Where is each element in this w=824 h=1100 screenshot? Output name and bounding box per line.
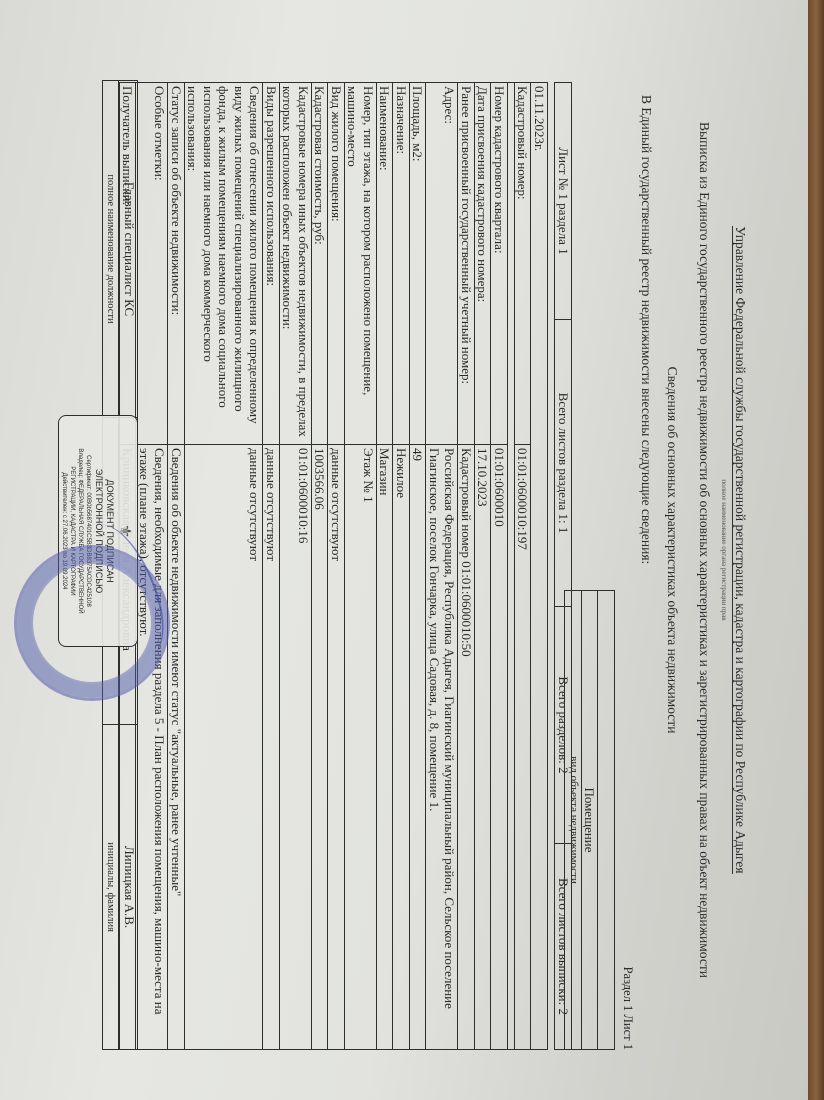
section-sheet-ref: Раздел 1 Лист 1 (620, 960, 635, 1050)
row-value: 01:01:0600010 (491, 445, 508, 1050)
cadastral-extract-document: Управление Федеральной службы государств… (0, 0, 810, 1100)
row-value: 17.10.2023 (475, 445, 492, 1050)
row-value: 01:01:0600010:16 (280, 445, 312, 1050)
document-title: Выписка из Единого государственного реес… (696, 0, 712, 1100)
row-label: Кадастровая стоимость, руб: (312, 83, 329, 445)
row-label: Номер кадастрового квартала: (491, 83, 508, 445)
row-label: Виды разрешенного использования: (263, 83, 280, 445)
row-label: Статус записи об объекте недвижимости: (168, 83, 185, 445)
row-label: Площадь, м2: (410, 83, 427, 445)
row-value: Сведения об объекте недвижимости имеют с… (168, 445, 185, 1050)
intro-text: В Единый государственный реестр недвижим… (638, 95, 654, 564)
row-value: Этаж № 1 (345, 445, 377, 1050)
table-row: Наименование:Магазин (377, 83, 394, 1050)
name-caption: инициалы, фамилия (103, 725, 120, 1050)
row-label: Назначение: (393, 83, 410, 445)
spacer-row (508, 83, 515, 1050)
row-value: Российская Федерация, Республика Адыгея,… (426, 445, 458, 1050)
row-value: данные отсутствуют (328, 445, 345, 1050)
sheet-number: Лист № 1 раздела 1 (555, 83, 572, 320)
table-row: Кадастровая стоимость, руб:1003566.06 (312, 83, 329, 1050)
sections-total: Всего разделов: 2 (555, 607, 572, 844)
wooden-edge (808, 0, 824, 1100)
sheets-info-table: Лист № 1 раздела 1 Всего листов раздела … (555, 82, 573, 1050)
sheets-in-section: Всего листов раздела 1: 1 (555, 320, 572, 607)
characteristics-rows: Номер кадастрового квартала:01:01:060001… (120, 83, 508, 1050)
row-label: Кадастровые номера иных объектов недвижи… (280, 83, 312, 445)
table-row: Виды разрешенного использования:данные о… (263, 83, 280, 1050)
row-value: данные отсутствуют (263, 445, 280, 1050)
document-subtitle: Сведения об основных характеристиках объ… (664, 0, 680, 1100)
table-row: Статус записи об объекте недвижимости:Св… (168, 83, 185, 1050)
table-row: Вид жилого помещения:данные отсутствуют (328, 83, 345, 1050)
table-row: Сведения об отнесении жилого помещения к… (185, 83, 264, 1050)
row-label: Ранее присвоенный государственный учетны… (458, 83, 475, 445)
table-row: Назначение:Нежилое (393, 83, 410, 1050)
position-text: Главный специалист КС (122, 182, 137, 316)
table-row: Ранее присвоенный государственный учетны… (458, 83, 475, 1050)
row-value: данные отсутствуют (185, 445, 264, 1050)
row-value: 49 (410, 445, 427, 1050)
object-type-table: Помещение вид объекта недвижимости (565, 590, 616, 1050)
row-value: Нежилое (393, 445, 410, 1050)
name-text: Липицкая А.В. (122, 846, 137, 928)
table-row: Кадастровые номера иных объектов недвижи… (280, 83, 312, 1050)
authority-heading: Управление Федеральной службы государств… (732, 0, 748, 1100)
row-label: Вид жилого помещения: (328, 83, 345, 445)
table-row: Номер, тип этажа, на котором расположено… (345, 83, 377, 1050)
row-value: Сведения, необходимые для заполнения раз… (136, 445, 168, 1050)
position-caption: полное наименование должности (103, 81, 120, 418)
row-value: Магазин (377, 445, 394, 1050)
row-label: Наименование: (377, 83, 394, 445)
row-label: Номер, тип этажа, на котором расположено… (345, 83, 377, 445)
table-row: Площадь, м2:49 (410, 83, 427, 1050)
table-row: Адрес:Российская Федерация, Республика А… (426, 83, 458, 1050)
name-value: Липицкая А.В. (119, 725, 138, 1050)
authority-text: Управление Федеральной службы государств… (732, 226, 748, 873)
sheets-total: Всего листов выписки: 2 (555, 844, 572, 1050)
table-row: Номер кадастрового квартала:01:01:060001… (491, 83, 508, 1050)
characteristics-table: 01.11.2023г. Кадастровый номер: 01:01:06… (119, 82, 548, 1050)
object-type-value: Помещение (582, 591, 599, 1050)
object-type-empty (598, 591, 615, 1050)
authority-caption: полное наименование органа регистрации п… (720, 0, 728, 1100)
record-date: 01.11.2023г. (531, 83, 548, 1050)
cadastral-number-value: 01:01:0600010:197 (515, 445, 532, 1050)
row-value: Кадастровый номер 01:01:0600010:50 (458, 445, 475, 1050)
row-label: Особые отметки: (136, 83, 168, 445)
row-label: Сведения об отнесении жилого помещения к… (185, 83, 264, 445)
row-label: Дата присвоения кадастрового номера: (475, 83, 492, 445)
position-value: Главный специалист КС (119, 81, 138, 418)
row-label: Адрес: (426, 83, 458, 445)
row-value: 1003566.06 (312, 445, 329, 1050)
table-row: Дата присвоения кадастрового номера:17.1… (475, 83, 492, 1050)
cadastral-number-label: Кадастровый номер: (515, 83, 532, 445)
